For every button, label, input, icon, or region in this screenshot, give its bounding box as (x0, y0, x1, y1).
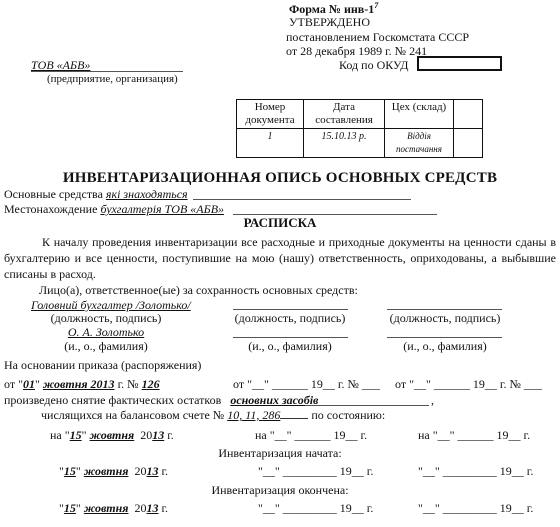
person-3-name-caption: (и., о., фамилия) (375, 339, 515, 354)
person-3-position-caption: (должность, подпись) (375, 311, 515, 326)
inventory-started-label: Инвентаризация начата: (0, 446, 560, 461)
cell-extra (454, 129, 483, 158)
person-1-name: О. А. Золотько (36, 325, 176, 340)
removal-underline (305, 405, 429, 406)
order-day: 01 (23, 377, 35, 391)
removal-comma: , (431, 393, 434, 408)
organization-caption: (предприятие, организация) (47, 73, 178, 85)
location-value: бухгалтерія ТОВ «АБВ» (100, 202, 224, 216)
approved-label: УТВЕРЖДЕНО (289, 15, 370, 30)
finished-date-primary: "15" жовтня 2013 г. (59, 501, 168, 516)
state-date-primary: на "15" жовтня 2013 г. (50, 428, 174, 443)
started-date-blank-2: "__" _________ 19__ г. (418, 464, 533, 479)
order-number: 126 (142, 377, 160, 391)
finished-date-blank-1: "__" _________ 19__ г. (258, 501, 373, 516)
finished-date-blank-2: "__" _________ 19__ г. (418, 501, 533, 516)
person-2-name-caption: (и., о., фамилия) (220, 339, 360, 354)
order-primary: от "01" жовтня 2013 г. № 126 (4, 377, 160, 392)
decree-date: от 28 декабря 1989 г. № 241 (286, 44, 427, 59)
cell-doc-number: 1 (237, 129, 304, 158)
assets-label: Основные средства (4, 187, 103, 201)
order-blank-1: от "__" ______ 19__ г. № ___ (233, 377, 380, 392)
organization-underline (31, 71, 183, 72)
receipt-paragraph: К началу проведения инвентаризации все р… (4, 234, 556, 282)
order-label: На основании приказа (распоряжения) (4, 358, 201, 373)
inventory-finished-label: Инвентаризация окончена: (0, 483, 560, 498)
okud-label: Код по ОКУД (339, 58, 409, 73)
started-date-blank-1: "__" _________ 19__ г. (258, 464, 373, 479)
header-doc-date: Датасоставления (304, 100, 385, 129)
location-label: Местонахождение (4, 202, 97, 216)
responsible-label: Лицо(а), ответственное(ые) за сохранност… (39, 283, 358, 298)
assets-underline (193, 199, 411, 200)
cell-doc-date: 15.10.13 р. (304, 129, 385, 158)
removal-field: произведено снятие фактических остатков … (4, 393, 318, 408)
person-1-name-caption: (и., о., фамилия) (36, 339, 176, 354)
assets-value: які знаходяться (106, 187, 188, 201)
okud-code-field[interactable] (417, 56, 502, 71)
person-1-position-caption: (должность, подпись) (36, 311, 176, 326)
order-blank-2: от "__" ______ 19__ г. № ___ (395, 377, 542, 392)
person-2-name-line (233, 337, 348, 338)
state-date-blank-1: на "__" ______ 19__ г. (255, 428, 367, 443)
person-2-position-caption: (должность, подпись) (220, 311, 360, 326)
header-doc-number: Номердокумента (237, 100, 304, 129)
person-3-position-line (387, 309, 502, 310)
account-field: числящихся на балансовом счете № 10, 11,… (41, 408, 385, 423)
document-info-table: Номердокумента Датасоставления Цех (скла… (236, 99, 483, 158)
decree-label: постановлением Госкомстата СССР (286, 30, 469, 45)
person-3-name-line (387, 337, 502, 338)
state-date-blank-2: на "__" ______ 19__ г. (418, 428, 530, 443)
account-value: 10, 11, 286 (227, 408, 280, 422)
page-title: ИНВЕНТАРИЗАЦИОННАЯ ОПИСЬ ОСНОВНЫХ СРЕДСТ… (0, 170, 560, 187)
order-month-year: жовтня 2013 (43, 377, 115, 391)
person-2-position-line (233, 309, 348, 310)
assets-field: Основные средства які знаходяться (4, 187, 188, 202)
header-extra (454, 100, 483, 129)
started-date-primary: "15" жовтня 2013 г. (59, 464, 168, 479)
receipt-heading: РАСПИСКА (0, 215, 560, 231)
cell-workshop: Віддіяпостачання (385, 129, 454, 158)
header-workshop: Цех (склад) (385, 100, 454, 129)
